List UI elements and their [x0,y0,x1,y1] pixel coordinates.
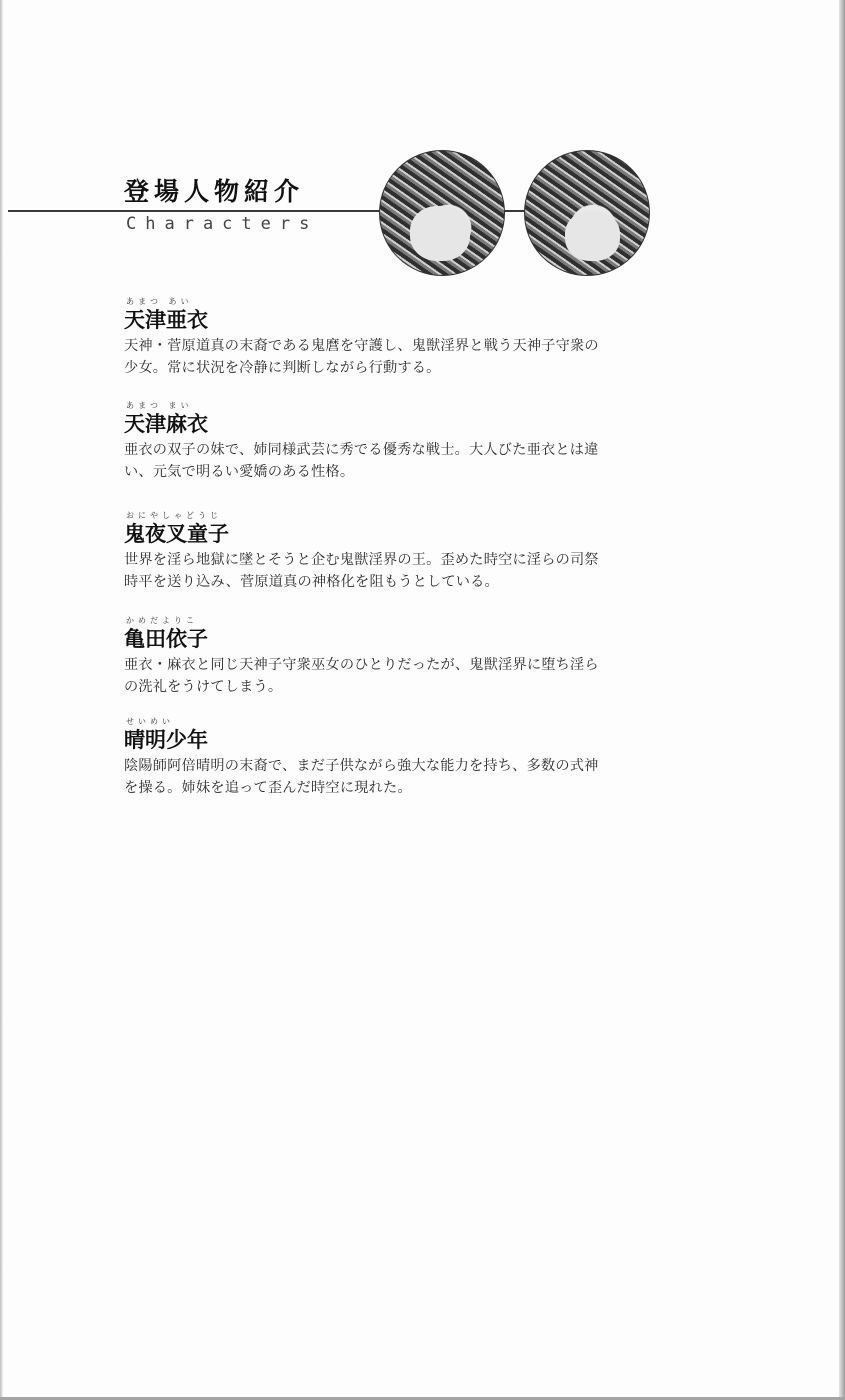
name-furigana: せいめい [126,716,664,727]
character-name: 鬼夜叉童子 [124,521,664,547]
page-left-edge [0,0,3,1400]
description-line: 時平を送り込み、菅原道真の神格化を阻もうとしている。 [124,571,664,593]
page-title: 登場人物紹介 [124,172,304,208]
page-subtitle: Characters [126,214,318,234]
character-entry: せいめい 晴明少年 陰陽師阿倍晴明の末裔で、まだ子供ながら強大な能力を持ち、多数… [124,716,664,799]
description-line: い、元気で明るい愛嬌のある性格。 [124,461,664,483]
character-entry: おにやしゃどうじ 鬼夜叉童子 世界を淫ら地獄に墜とそうと企む鬼獣淫界の王。歪めた… [124,510,664,593]
name-furigana: おにやしゃどうじ [126,510,664,521]
portrait-mai-image [524,150,650,276]
description-line: 亜衣・麻衣と同じ天神子守衆巫女のひとりだったが、鬼獣淫界に堕ち淫ら [124,654,664,676]
description-line: を操る。姉妹を追って歪んだ時空に現れた。 [124,777,664,799]
character-entry: あまつ まい 天津麻衣 亜衣の双子の妹で、姉同様武芸に秀でる優秀な戦士。大人びた… [124,400,664,483]
character-entry: かめだよりこ 亀田依子 亜衣・麻衣と同じ天神子守衆巫女のひとりだったが、鬼獣淫界… [124,615,664,698]
character-entry: あまつ あい 天津亜衣 天神・菅原道真の末裔である鬼麿を守護し、鬼獣淫界と戦う天… [124,296,664,379]
description-line: 天神・菅原道真の末裔である鬼麿を守護し、鬼獣淫界と戦う天神子守衆の [124,335,664,357]
description-line: 陰陽師阿倍晴明の末裔で、まだ子供ながら強大な能力を持ち、多数の式神 [124,755,664,777]
character-description: 亜衣・麻衣と同じ天神子守衆巫女のひとりだったが、鬼獣淫界に堕ち淫ら の洗礼をうけ… [124,654,664,698]
description-line: 世界を淫ら地獄に墜とそうと企む鬼獣淫界の王。歪めた時空に淫らの司祭 [124,549,664,571]
face-highlight [565,211,620,261]
character-description: 世界を淫ら地獄に墜とそうと企む鬼獣淫界の王。歪めた時空に淫らの司祭 時平を送り込… [124,549,664,593]
character-description: 陰陽師阿倍晴明の末裔で、まだ子供ながら強大な能力を持ち、多数の式神 を操る。姉妹… [124,755,664,799]
character-description: 亜衣の双子の妹で、姉同様武芸に秀でる優秀な戦士。大人びた亜衣とは違 い、元気で明… [124,439,664,483]
page-right-edge [839,0,845,1400]
name-furigana: かめだよりこ [126,615,664,626]
description-line: の洗礼をうけてしまう。 [124,676,664,698]
name-furigana: あまつ あい [126,296,664,307]
character-name: 天津亜衣 [124,307,664,333]
face-highlight [410,206,470,261]
portrait-ai-image [379,150,505,276]
character-name: 天津麻衣 [124,411,664,437]
description-line: 亜衣の双子の妹で、姉同様武芸に秀でる優秀な戦士。大人びた亜衣とは違 [124,439,664,461]
character-name: 晴明少年 [124,727,664,753]
character-description: 天神・菅原道真の末裔である鬼麿を守護し、鬼獣淫界と戦う天神子守衆の 少女。常に状… [124,335,664,379]
description-line: 少女。常に状況を冷静に判断しながら行動する。 [124,357,664,379]
name-furigana: あまつ まい [126,400,664,411]
character-name: 亀田依子 [124,626,664,652]
